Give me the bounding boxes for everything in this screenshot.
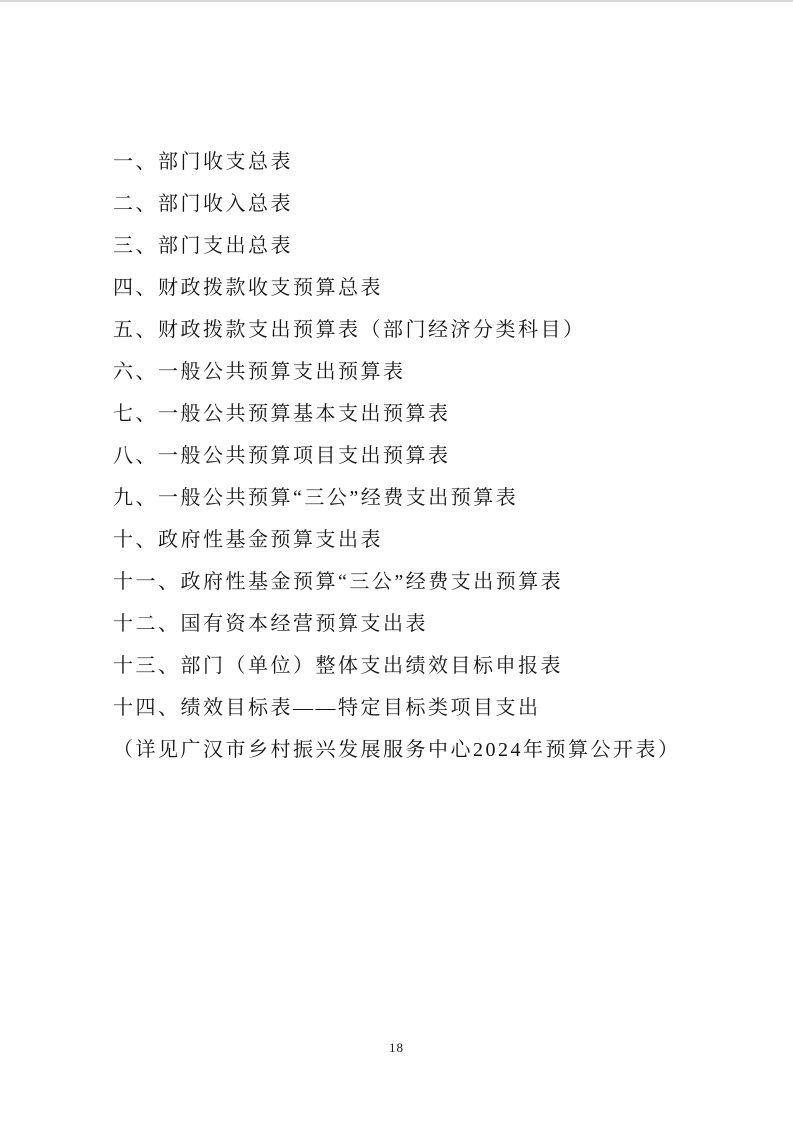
toc-item: 十一、政府性基金预算“三公”经费支出预算表 [113,572,693,592]
toc-item: 十二、国有资本经营预算支出表 [113,614,693,634]
toc-item: 十三、部门（单位）整体支出绩效目标申报表 [113,656,693,676]
page-number: 18 [0,1040,793,1056]
toc-list: 一、部门收支总表 二、部门收入总表 三、部门支出总表 四、财政拨款收支预算总表 … [113,152,693,782]
toc-item: 二、部门收入总表 [113,194,693,214]
toc-item: （详见广汉市乡村振兴发展服务中心2024年预算公开表） [113,740,693,760]
toc-item: 十四、绩效目标表——特定目标类项目支出 [113,698,693,718]
toc-item: 七、一般公共预算基本支出预算表 [113,404,693,424]
toc-item: 八、一般公共预算项目支出预算表 [113,446,693,466]
toc-item: 十、政府性基金预算支出表 [113,530,693,550]
toc-item: 九、一般公共预算“三公”经费支出预算表 [113,488,693,508]
toc-item: 五、财政拨款支出预算表（部门经济分类科目） [113,320,693,340]
toc-item: 三、部门支出总表 [113,236,693,256]
toc-item: 四、财政拨款收支预算总表 [113,278,693,298]
toc-item: 一、部门收支总表 [113,152,693,172]
document-page: 一、部门收支总表 二、部门收入总表 三、部门支出总表 四、财政拨款收支预算总表 … [0,0,793,1122]
toc-item: 六、一般公共预算支出预算表 [113,362,693,382]
